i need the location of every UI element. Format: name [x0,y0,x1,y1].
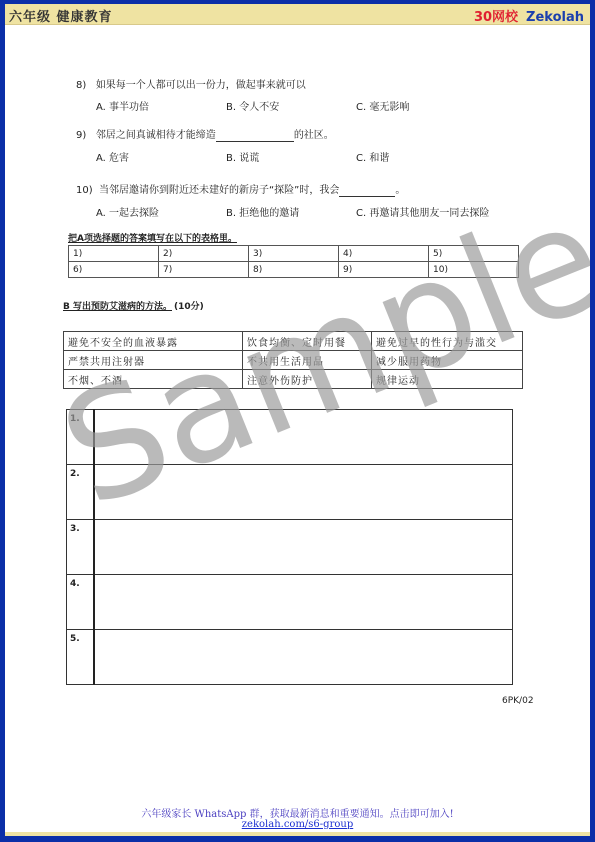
option-b[interactable]: B. 说谎 [226,149,356,164]
methods-row: 严禁共用注射器不共用生活用品减少服用药物 [64,351,523,370]
fill-blank[interactable] [216,130,294,142]
answer-line-field[interactable] [94,575,513,630]
methods-row: 不烟、不酒注意外伤防护规律运动 [64,370,523,389]
footer-promo: 六年级家长 WhatsApp 群，获取最新消息和重要通知。点击即可加入! [0,805,595,820]
whatsapp-group-link[interactable]: zekolah.com/s6-group [242,819,353,830]
option-c[interactable]: C. 毫无影响 [356,98,409,113]
answer-line-field[interactable] [94,465,513,520]
answer-line-number: 1. [67,410,95,465]
question-10: 10) 当邻居邀请你到附近还未建好的新房子“探险”时，我会 。 A. 一起去探险… [76,181,489,219]
question-stem: 9) 邻居之间真诚相待才能缔造 的社区。 [76,126,389,142]
method-cell: 不烟、不酒 [64,370,243,389]
answer-line-row: 3. [67,520,513,575]
question-stem: 8) 如果每一个人都可以出一份力，做起事来就可以 [76,76,409,91]
option-b[interactable]: B. 拒绝他的邀请 [226,204,356,219]
options: A. 事半功倍 B. 令人不安 C. 毫无影响 [76,98,409,113]
method-cell: 减少服用药物 [372,351,523,370]
answer-cell[interactable]: 3) [249,246,339,262]
option-c[interactable]: C. 再邀请其他朋友一同去探险 [356,204,489,219]
method-cell: 避免不安全的血液暴露 [64,332,243,351]
answer-cell[interactable]: 6) [69,262,159,278]
answer-line-number: 3. [67,520,95,575]
method-cell: 严禁共用注射器 [64,351,243,370]
answer-cell[interactable]: 9) [339,262,429,278]
answer-line-row: 2. [67,465,513,520]
page-title: 六年级 健康教育 [9,6,113,25]
answer-line-row: 1. [67,410,513,465]
methods-table: 避免不安全的血液暴露饮食均衡、定时用餐避免过早的性行为与滥交严禁共用注射器不共用… [63,331,523,389]
section-b-points: (10分) [174,299,204,312]
option-b[interactable]: B. 令人不安 [226,98,356,113]
footer-band [5,832,590,836]
answer-line-row: 4. [67,575,513,630]
question-stem: 10) 当邻居邀请你到附近还未建好的新房子“探险”时，我会 。 [76,181,489,197]
answer-line-field[interactable] [94,410,513,465]
header-bar: 六年级 健康教育 30网校Zekolah [5,4,590,25]
option-a[interactable]: A. 事半功倍 [96,98,226,113]
answer-cell[interactable]: 5) [429,246,519,262]
fill-blank[interactable] [339,185,395,197]
method-cell: 饮食均衡、定时用餐 [243,332,372,351]
answer-table: 1)2)3)4)5)6)7)8)9)10) [68,245,519,278]
answer-cell[interactable]: 4) [339,246,429,262]
answer-line-number: 4. [67,575,95,630]
answer-cell[interactable]: 10) [429,262,519,278]
options: A. 危害 B. 说谎 C. 和谐 [76,149,389,164]
answer-cell[interactable]: 8) [249,262,339,278]
brand-en: Zekolah [526,10,584,25]
option-a[interactable]: A. 一起去探险 [96,204,226,219]
footer-link-wrap: zekolah.com/s6-group [0,819,595,830]
option-c[interactable]: C. 和谐 [356,149,389,164]
method-cell: 避免过早的性行为与滥交 [372,332,523,351]
answer-line-number: 5. [67,630,95,685]
answer-cell[interactable]: 7) [159,262,249,278]
brand-cn: 30网校 [474,10,518,25]
answer-row: 1)2)3)4)5) [69,246,519,262]
method-cell: 注意外伤防护 [243,370,372,389]
answer-line-number: 2. [67,465,95,520]
answer-line-row: 5. [67,630,513,685]
answer-lines-table: 1.2.3.4.5. [66,409,513,685]
method-cell: 不共用生活用品 [243,351,372,370]
answer-row: 6)7)8)9)10) [69,262,519,278]
page-code: 6PK/02 [502,696,534,706]
answer-cell[interactable]: 2) [159,246,249,262]
methods-row: 避免不安全的血液暴露饮食均衡、定时用餐避免过早的性行为与滥交 [64,332,523,351]
answer-line-field[interactable] [94,520,513,575]
answer-table-label: 把A项选择题的答案填写在以下的表格里。 [68,231,237,244]
section-b-label: B 写出预防艾滋病的方法。(10分) [63,299,204,312]
method-cell: 规律运动 [372,370,523,389]
answer-line-field[interactable] [94,630,513,685]
brand-logo[interactable]: 30网校Zekolah [474,6,584,25]
question-8: 8) 如果每一个人都可以出一份力，做起事来就可以 A. 事半功倍 B. 令人不安… [76,76,409,113]
option-a[interactable]: A. 危害 [96,149,226,164]
options: A. 一起去探险 B. 拒绝他的邀请 C. 再邀请其他朋友一同去探险 [76,204,489,219]
question-9: 9) 邻居之间真诚相待才能缔造 的社区。 A. 危害 B. 说谎 C. 和谐 [76,126,389,164]
answer-cell[interactable]: 1) [69,246,159,262]
